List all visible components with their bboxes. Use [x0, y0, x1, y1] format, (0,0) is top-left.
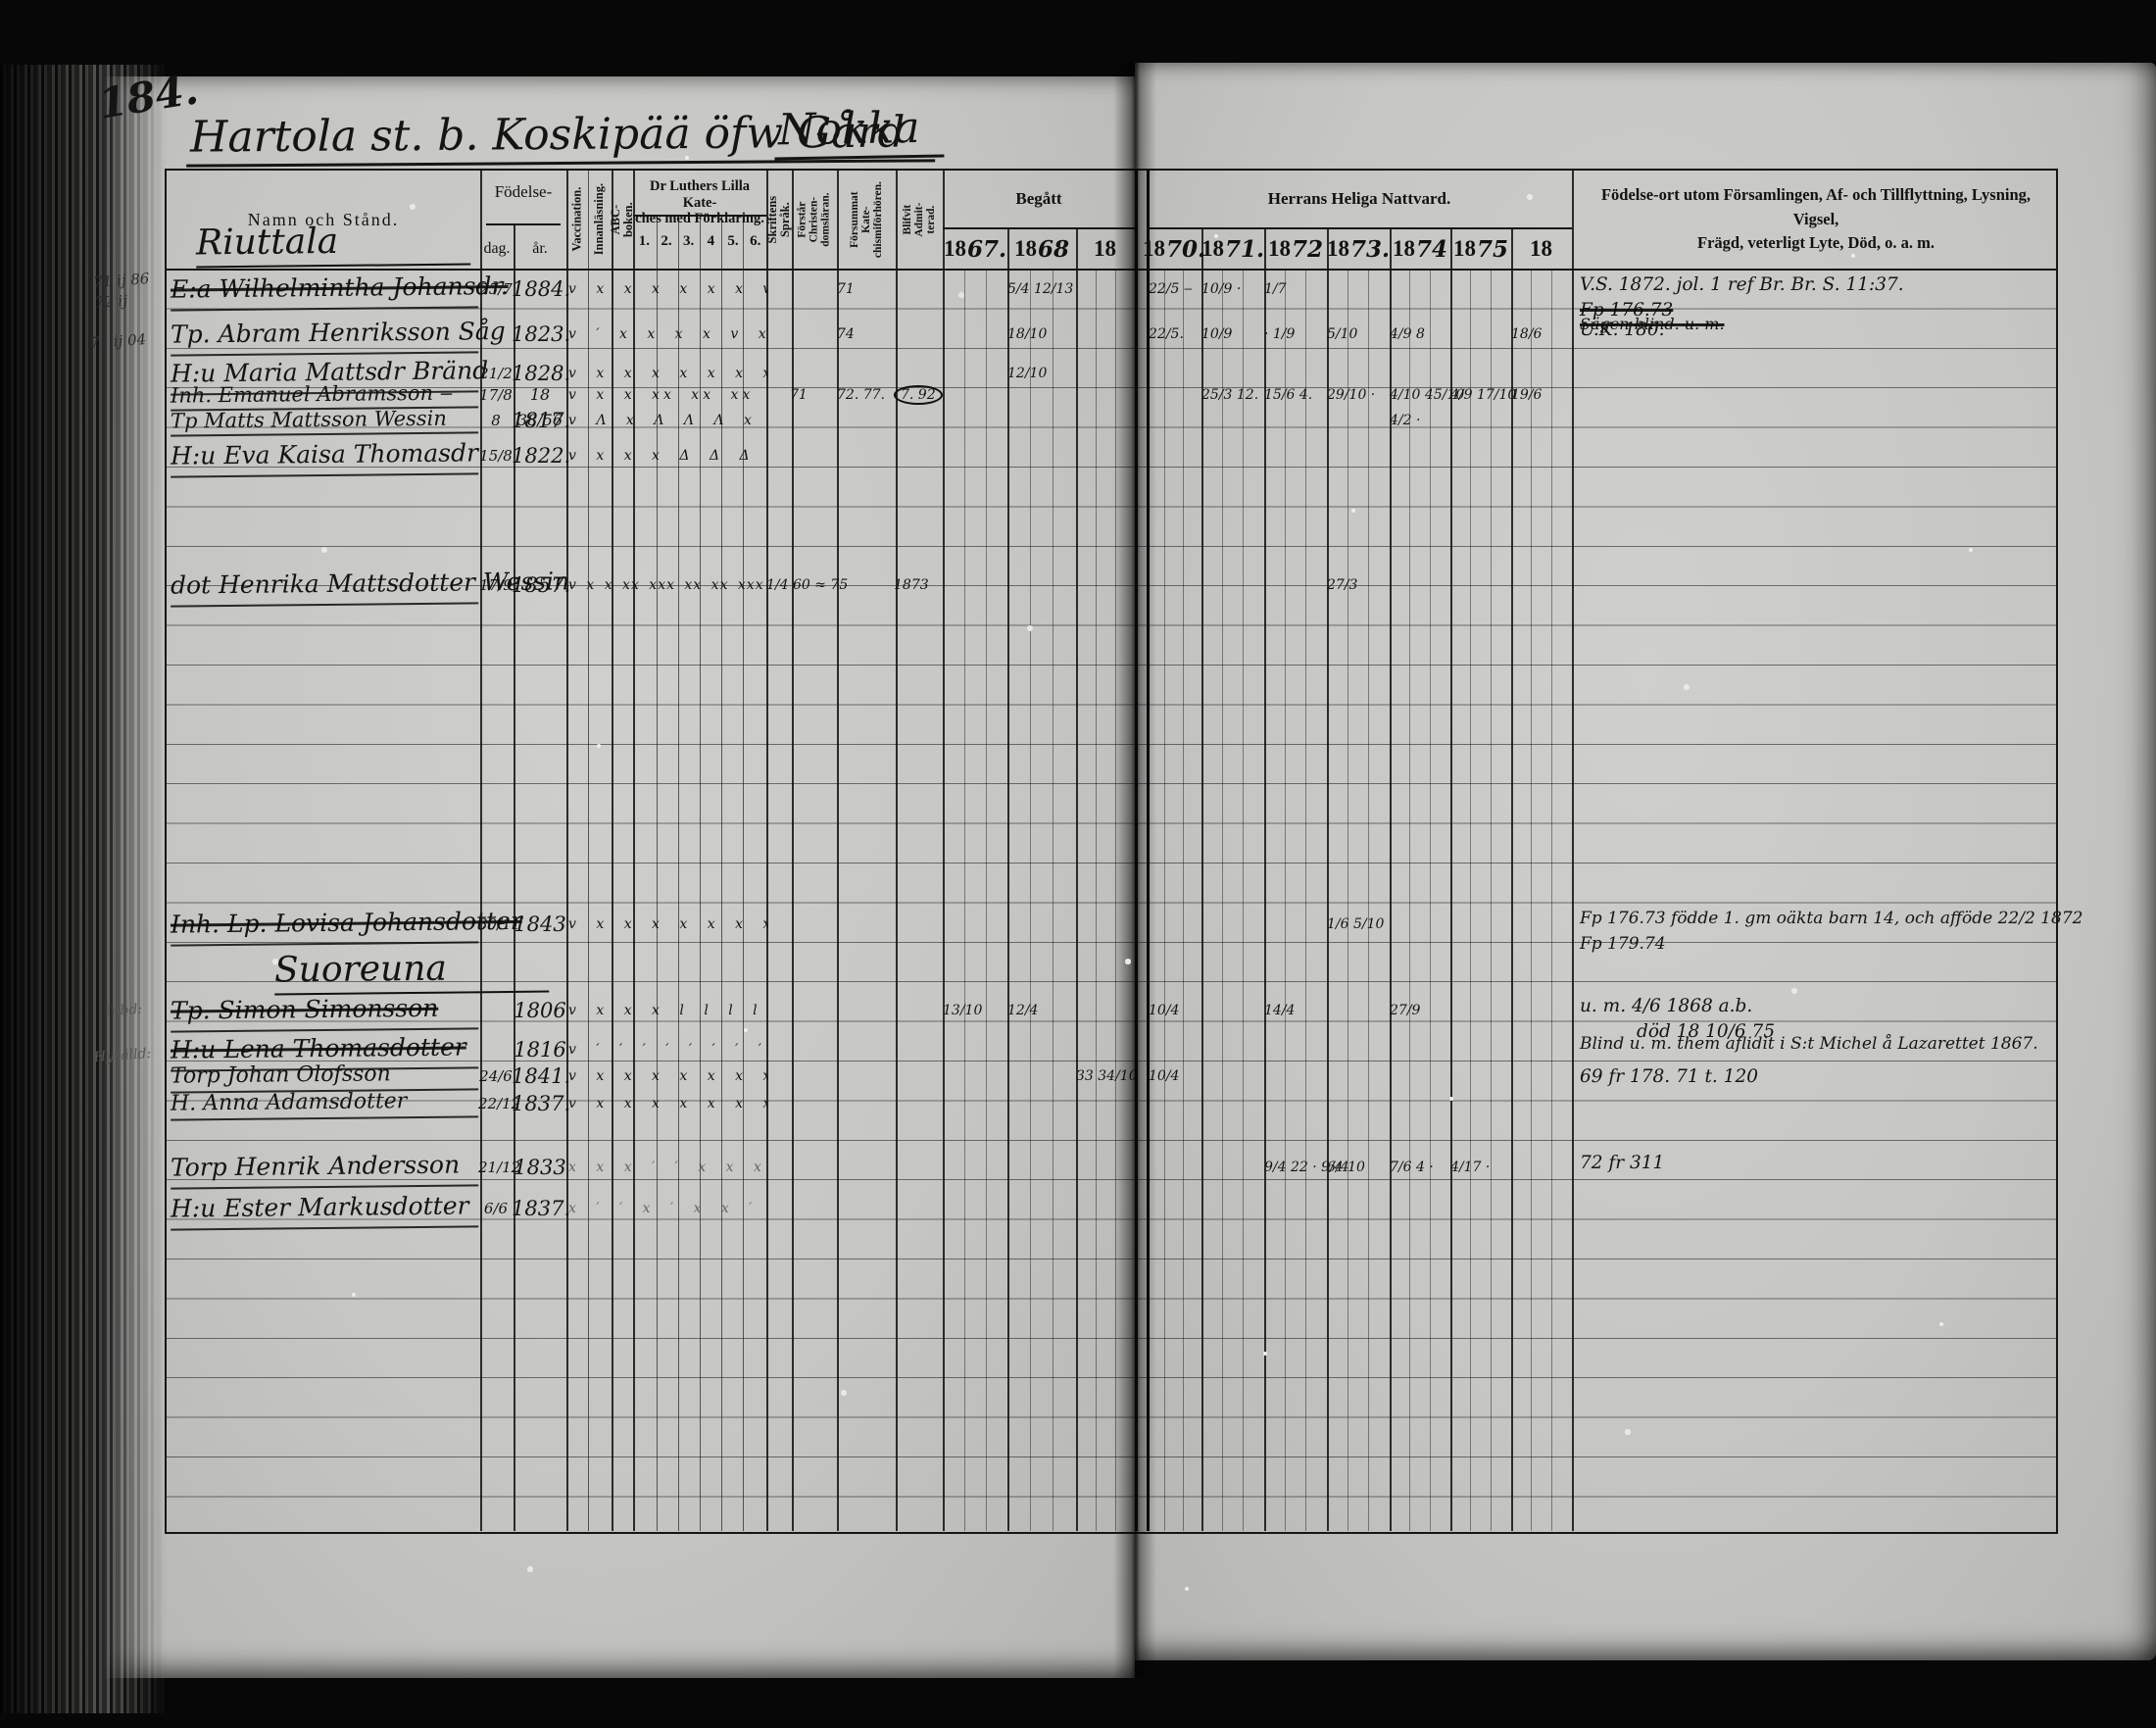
missed-exam-entry: 72. 77.: [837, 382, 896, 408]
communion-1872: 14/4: [1264, 992, 1327, 1029]
communion-1870: 10/4: [1149, 992, 1203, 1029]
communion-1874: 4/10 45/10: [1390, 382, 1450, 408]
person-name: H. Anna Adamsdotter: [171, 1088, 478, 1120]
communion-group-begatt: Begått: [943, 171, 1135, 229]
margin-note: 71 ij 04: [89, 329, 146, 354]
birth-year: 1837.: [512, 1190, 568, 1227]
village-section-name: Riuttala: [196, 221, 470, 269]
person-name-text: Inh. Lp. Lovisa Johansdotter: [171, 907, 522, 939]
communion-1871: 25/3 12.: [1201, 382, 1264, 408]
person-name: Torp Henrik Andersson: [171, 1147, 478, 1189]
birth-day: 25/7: [478, 271, 514, 308]
birth-day: 17/8: [478, 382, 514, 408]
communion-1872: · 1/9: [1264, 316, 1327, 353]
communion-1873: 29/10 ·: [1327, 382, 1390, 408]
birth-day: 6/6: [478, 1190, 514, 1227]
communion-1870: 10/4: [1149, 1062, 1203, 1090]
birth-year: 1817.: [512, 408, 568, 433]
margin-note: Inbd:: [105, 1001, 142, 1022]
birth-year: 1884.: [512, 271, 568, 308]
communion-1875: 4/9 17/10: [1450, 382, 1511, 408]
exam-marks: v ′ x x x x v x x: [568, 316, 768, 353]
admitted-entry: 7. 92: [894, 382, 945, 408]
record-table: Namn och Stånd. Födelse- dag. år. Vaccin…: [165, 169, 2058, 1534]
exam-marks: v x x x Δ Δ Δ x Λ: [568, 437, 768, 474]
communion-1870: 22/5.: [1149, 316, 1203, 353]
birth-year: 1857.: [512, 567, 568, 604]
communion-1868: 5/4 12/13: [1007, 271, 1076, 308]
village-title: Nokka: [774, 102, 944, 160]
exam-marks: v x x x x x x v x: [568, 271, 768, 308]
communion-1874: 7/6 4 ·: [1390, 1149, 1450, 1186]
communion-1876: 19/6: [1511, 382, 1572, 408]
birth-day: 17/9: [478, 567, 514, 604]
book-scan: 184. Hartola st. b. Koskipää öfw Gård No…: [0, 0, 2156, 1728]
exam-marks: v Λ x Λ Λ Λ x x Λ: [568, 408, 768, 433]
birth-year: 1841.: [512, 1062, 568, 1090]
person-name: Tp. Abram Henriksson Såg: [171, 314, 478, 356]
note-line: Fp 176.73 födde 1. gm oäkta barn 14, och…: [1580, 910, 2054, 929]
exam-marks: v x x x x x x x x x: [568, 1062, 768, 1090]
communion-1873: 6/4: [1327, 1149, 1390, 1186]
person-name: E:a Wilhelmintha Johansdr.: [171, 269, 478, 311]
margin-note: Hysälld:: [93, 1045, 152, 1068]
note-line: Blind u. m. them aflidit i S:t Michel å …: [1580, 1035, 2054, 1055]
page-stack-edge: [0, 65, 167, 1713]
exam-marks: v x x xx xx xx xx x x: [568, 382, 768, 408]
birth-year: 1806: [512, 992, 568, 1029]
margin-note: 71 ij 86 72 ij: [93, 269, 152, 314]
dust-specks: [0, 0, 2, 2]
person-name: Inh. Lp. Lovisa Johansdotter: [171, 904, 478, 946]
communion-1872: 1/7: [1264, 271, 1327, 308]
birth-year: 1837.: [512, 1090, 568, 1117]
person-name: dot Henrika Mattsdotter Wessin: [171, 565, 478, 607]
communion-group-nattvard: Herrans Heliga Nattvard.: [1147, 171, 1572, 229]
communion-1874: 4/9 8: [1390, 316, 1450, 353]
understands-entry: 71: [790, 382, 837, 408]
communion-1870: 22/5 ‒: [1149, 271, 1203, 308]
person-name-text: H:u Lena Thomasdotter: [171, 1032, 466, 1063]
communion-1873: 5/10: [1327, 316, 1390, 353]
begatt-label: Begått: [1015, 189, 1061, 209]
communion-1867: 13/10: [943, 992, 1007, 1029]
person-name: Tp. Simon Simonsson: [171, 990, 478, 1032]
note-line: V.S. 1872. jol. 1 ref Br. Br. S. 11:37.: [1580, 274, 2054, 295]
birth-year: 1823.: [512, 316, 568, 353]
note-line: 69 fr 178. 71 t. 120: [1580, 1066, 2054, 1087]
communion-1872: 9/4 22 · 9/4 10: [1264, 1149, 1327, 1186]
exam-marks: v x x xx xxx xx xx xxx xx: [568, 567, 768, 604]
communion-1871: 10/9 ·: [1201, 271, 1264, 308]
birth-year: 1843: [512, 906, 568, 943]
communion-1875: 4/17 ·: [1450, 1149, 1511, 1186]
person-name-text: E:a Wilhelmintha Johansdr.: [171, 272, 509, 304]
nattvard-label: Herrans Heliga Nattvard.: [1268, 189, 1451, 209]
birth-day: 15/8: [478, 437, 514, 474]
birth-header-label: Födelse-: [480, 182, 566, 202]
missed-exam-entry: 71: [837, 271, 896, 308]
person-name: H:u Eva Kaisa Thomasdr: [171, 435, 478, 477]
admitted-entry: 1873: [894, 567, 945, 604]
scripture-entry: 1/4 60 ≈ 75: [766, 567, 896, 604]
admitted-entry-text: 7. 92: [894, 385, 943, 405]
note-line: u. m. 4/6 1868 a.b.: [1580, 996, 2054, 1016]
person-name: Tp Matts Mattsson Wessin: [171, 406, 478, 436]
exam-marks: v x x x x x x x x: [568, 906, 768, 943]
missed-exam-entry: 74: [837, 316, 896, 353]
note-line: U.K. 180.: [1580, 320, 2054, 340]
exam-marks: v x x x l l l l l: [568, 992, 768, 1029]
exam-marks: x ′ ′ x ′ x x ′: [568, 1190, 768, 1227]
birth-year: 1833: [512, 1149, 568, 1186]
birth-day: 30/11: [478, 906, 514, 943]
birth-day: 22/12: [478, 1090, 514, 1117]
birth-year: 1822.: [512, 437, 568, 474]
birth-day: 21/12: [478, 1149, 514, 1186]
communion-1876: 18/6: [1511, 316, 1572, 353]
communion-1868: 12/4: [1007, 992, 1076, 1029]
birth-day: 24/6: [478, 1062, 514, 1090]
exam-marks: v x x x x x x x x: [568, 1090, 768, 1117]
birth-day: 8: [478, 408, 514, 433]
book-gutter: [1113, 63, 1156, 1678]
communion-1874: 27/9: [1390, 992, 1450, 1029]
communion-1868: 18/10: [1007, 316, 1076, 353]
exam-marks: x x x ′ ′ x x x: [568, 1149, 768, 1186]
person-name-text: Tp. Simon Simonsson: [171, 994, 439, 1025]
communion-1872: 15/6 4.: [1264, 382, 1327, 408]
communion-1871: 10/9: [1201, 316, 1264, 353]
communion-1873: 1/6 5/10: [1327, 906, 1390, 943]
communion-1874: 4/2 ·: [1390, 408, 1450, 433]
communion-1873: 27/3: [1327, 567, 1390, 604]
village-section-name: Suoreuna: [274, 948, 549, 996]
note-line: 72 fr 311: [1580, 1153, 2054, 1173]
person-name: H:u Ester Markusdotter: [171, 1188, 478, 1230]
